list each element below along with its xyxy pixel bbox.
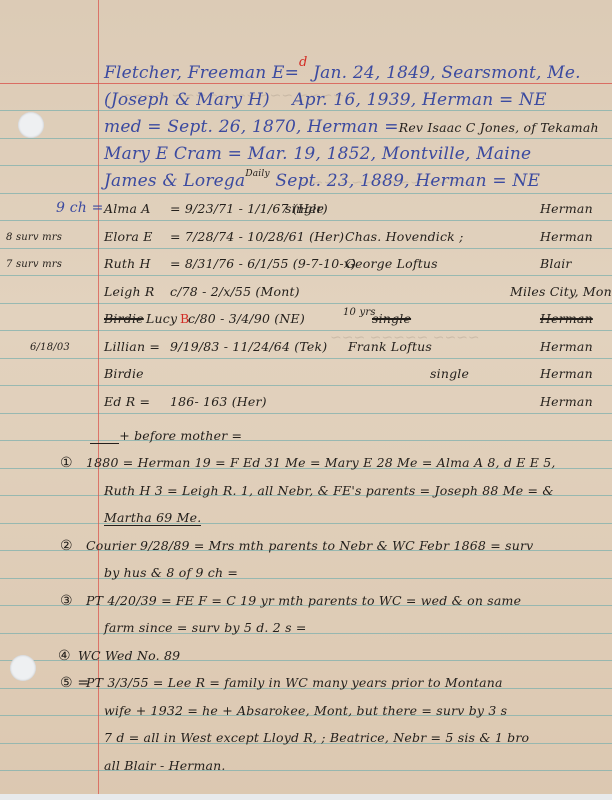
before-note: + before mother = [90, 428, 242, 443]
ruled-line [0, 248, 612, 249]
before-note-text: + before mother = [119, 428, 242, 443]
note-line: farm since = surv by 5 d. 2 s = [104, 620, 307, 635]
child-spouse: single [285, 201, 324, 216]
header-rule [0, 83, 612, 84]
note-number: ② [60, 538, 73, 554]
child-name: Ruth H [104, 256, 151, 271]
child-name: Alma A [104, 201, 151, 216]
child-place: Herman [540, 366, 593, 381]
ruled-line [0, 303, 612, 304]
ruled-line [0, 330, 612, 331]
ruled-line [0, 578, 612, 579]
note-line: all Blair - Herman. [104, 758, 226, 773]
child-name: Elora E [104, 229, 153, 244]
note-line: Ruth H 3 = Leigh R. 1, all Nebr, & FE's … [104, 483, 554, 498]
child-margin-note: 7 surv mrs [6, 259, 62, 270]
child-place: Herman [540, 229, 593, 244]
note-line: Martha 69 Me. [104, 510, 201, 526]
child-name-struck: Birdie [104, 311, 144, 326]
parents: (Joseph & Mary H) [104, 90, 270, 110]
ruled-line [0, 770, 612, 771]
note-line: by hus & 8 of 9 ch = [104, 565, 238, 580]
child-note: 10 yrs [343, 307, 376, 318]
officiant: Rev Isaac C Jones, of Tekamah [399, 120, 599, 135]
child-dates: = 8/31/76 - 6/1/55 (9-7-10-x) [170, 256, 356, 271]
ruled-line [0, 523, 612, 524]
child-place: Herman [540, 394, 593, 409]
ruled-line [0, 138, 612, 139]
page-edge [0, 794, 612, 800]
child-dates: 186- 163 (Her) [170, 394, 267, 409]
child-name: Lillian = [104, 339, 160, 354]
note-number: ⑤ = [60, 675, 89, 691]
note-line: 1880 = Herman 19 = F Ed 31 Me = Mary E 2… [86, 455, 556, 470]
spouse-info: Mary E Cram = Mar. 19, 1852, Montville, … [104, 144, 531, 164]
child-name: Leigh R [104, 284, 155, 299]
notebook-page: ~~~~ ~~~~~ ~~~~~ ~~~~ ~~~~ ~~~~~~~ ~~~ ~… [0, 0, 612, 800]
child-spouse: Frank Loftus [348, 339, 432, 354]
ruled-line [0, 275, 612, 276]
header-line-1: Fletcher, Freeman E=d Jan. 24, 1849, Sea… [104, 63, 581, 83]
note-line: wife + 1932 = he + Absarokee, Mont, but … [104, 703, 507, 718]
ruled-line [0, 413, 612, 414]
child-place: Blair [540, 256, 572, 271]
child-dates: c/80 - 3/4/90 (NE) [188, 311, 305, 326]
children-count: 9 ch = [56, 200, 104, 216]
binder-hole-top [18, 112, 44, 138]
marriage-info: med = Sept. 26, 1870, Herman = [104, 117, 399, 137]
child-dates: 9/19/83 - 11/24/64 (Tek) [170, 339, 327, 354]
header-line-5: James & LoregaDaily Sept. 23, 1889, Herm… [104, 171, 540, 191]
subject-name: Fletcher, Freeman E= [104, 63, 299, 83]
ruled-line [0, 220, 612, 221]
ruled-line [0, 110, 612, 111]
child-dates: c/78 - 2/x/55 (Mont) [170, 284, 300, 299]
binder-hole-bottom [10, 655, 36, 681]
child-spouse: Chas. Hovendick ; [345, 229, 464, 244]
note-line: PT 3/3/55 = Lee R = family in WC many ye… [86, 675, 503, 690]
child-spouse: single [430, 366, 469, 381]
child-place: Miles City, Mont [510, 284, 612, 299]
ruled-line [0, 193, 612, 194]
child-place: Herman [540, 339, 593, 354]
note-line: 7 d = all in West except Lloyd R, ; Beat… [104, 730, 529, 745]
child-place: Herman [540, 201, 593, 216]
ruled-line [0, 358, 612, 359]
child-name: Lucy [146, 311, 177, 326]
ruled-line [0, 165, 612, 166]
header-line-3: med = Sept. 26, 1870, Herman =Rev Isaac … [104, 117, 599, 137]
child-spouse: George Loftus [345, 256, 438, 271]
note-number: ① [60, 455, 73, 471]
birth-info: Jan. 24, 1849, Searsmont, Me. [313, 63, 581, 83]
child-dates: = 7/28/74 - 10/28/61 (Her) [170, 229, 344, 244]
header-line-4: Mary E Cram = Mar. 19, 1852, Montville, … [104, 144, 531, 164]
child-name: Birdie [104, 366, 144, 381]
child-spouse-struck: single [372, 311, 411, 326]
child-margin-note: 8 surv mrs [6, 232, 62, 243]
header-line-2: (Joseph & Mary H) Apr. 16, 1939, Herman … [104, 90, 547, 110]
child-place-struck: Herman [540, 311, 593, 326]
insert-note: Daily [245, 169, 269, 179]
note-line: WC Wed No. 89 [78, 648, 180, 663]
death-info: Apr. 16, 1939, Herman = NE [292, 90, 547, 110]
child-margin-note: 6/18/03 [30, 342, 70, 353]
spouse-death: Sept. 23, 1889, Herman = NE [275, 171, 540, 191]
note-number: ④ [58, 648, 71, 664]
note-line: PT 4/20/39 = FE F = C 19 yr mth parents … [86, 593, 521, 608]
correction-mark: d [299, 55, 308, 70]
spouse-parents: James & Lorega [104, 171, 245, 191]
ruled-line [0, 385, 612, 386]
child-name: Ed R = [104, 394, 150, 409]
note-line: Courier 9/28/89 = Mrs mth parents to Neb… [86, 538, 533, 553]
note-number: ③ [60, 593, 73, 609]
